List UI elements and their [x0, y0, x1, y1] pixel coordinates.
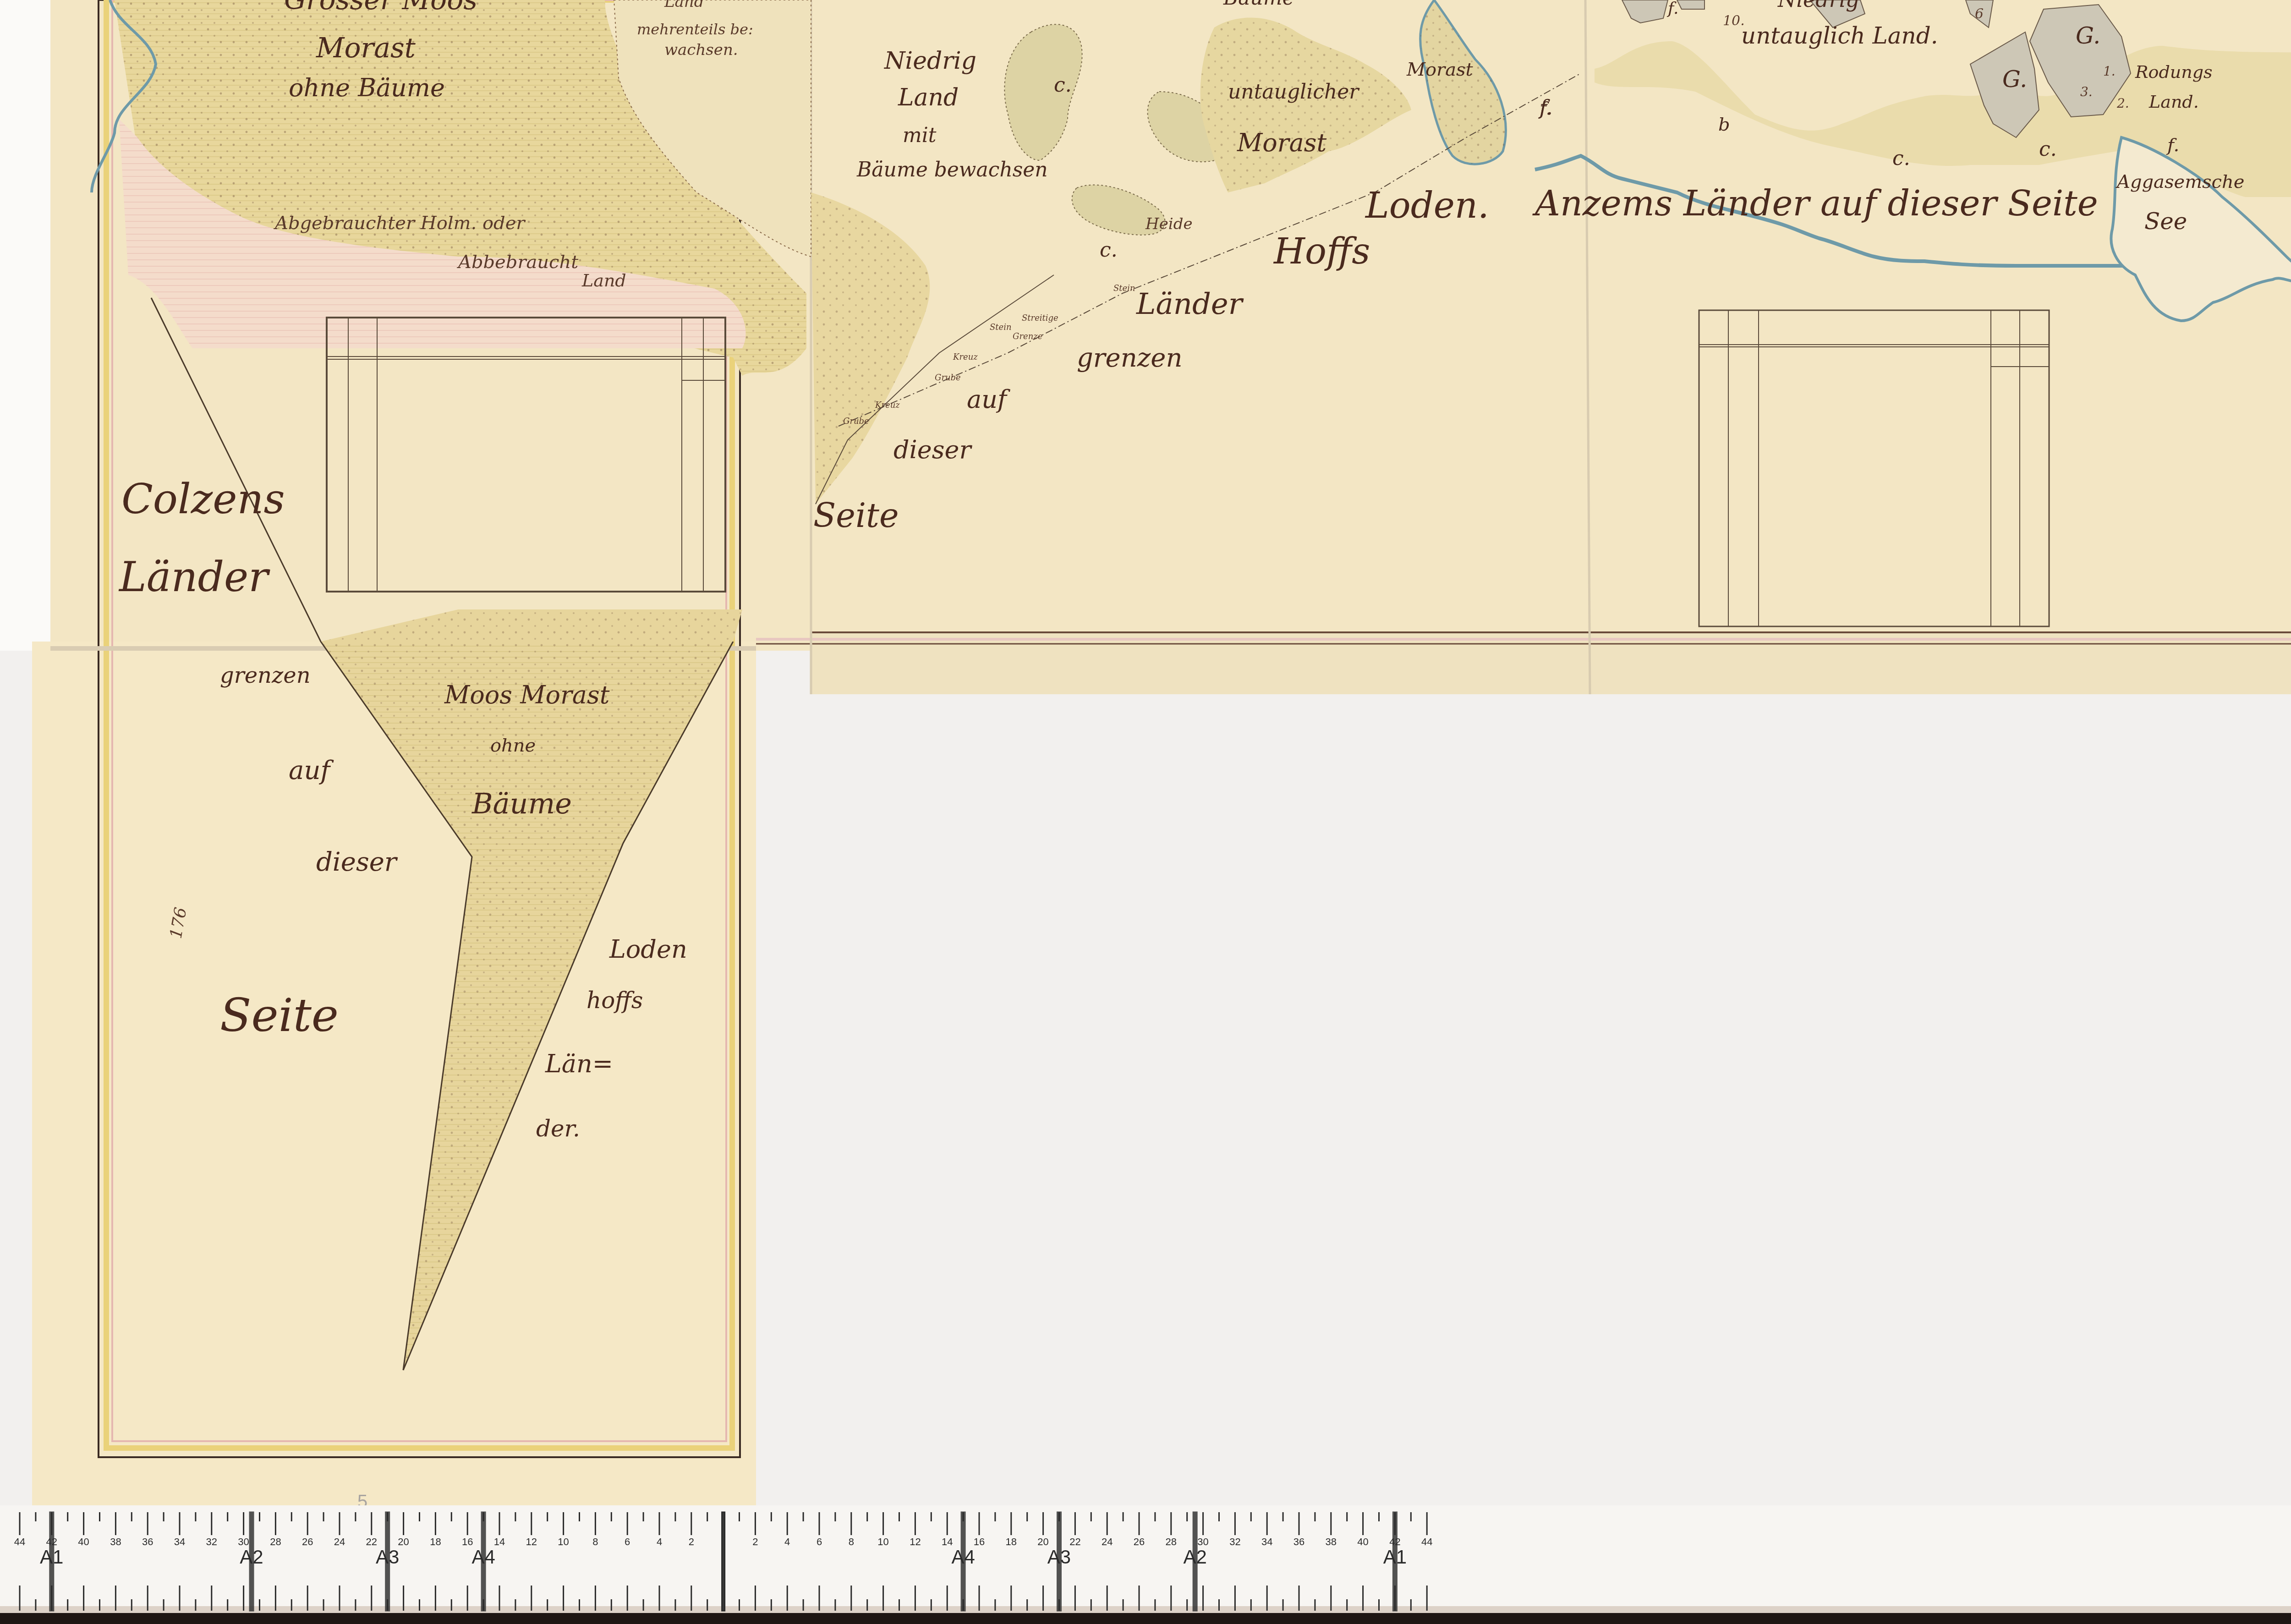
svg-text:32: 32 [1229, 1536, 1240, 1547]
svg-text:44: 44 [1421, 1536, 1432, 1547]
label-dieser-mid: dieser [893, 435, 972, 464]
svg-text:26: 26 [1134, 1536, 1145, 1547]
svg-text:34: 34 [1261, 1536, 1272, 1547]
svg-text:26: 26 [302, 1536, 313, 1547]
svg-text:14: 14 [494, 1536, 505, 1547]
label-lander-mid: Länder [1136, 287, 1244, 321]
svg-text:8: 8 [592, 1536, 598, 1547]
label-colzens-lander: Länder [118, 553, 270, 601]
label-grenzen-lower: grenzen [220, 663, 311, 688]
label-num-2: 2. [2116, 96, 2129, 111]
label-ohne-baume: ohne Bäume [289, 73, 445, 102]
label-dieser-lower: dieser [316, 847, 398, 877]
svg-text:A1: A1 [1383, 1546, 1407, 1568]
label-baume-top: Bäume [1223, 0, 1294, 10]
label-moos-morast-lower: Moos Morast [444, 680, 610, 709]
svg-text:40: 40 [1357, 1536, 1368, 1547]
label-abbebraucht: Abbebraucht [456, 252, 579, 273]
svg-text:6: 6 [625, 1536, 630, 1547]
label-g-2: G. [2002, 66, 2027, 93]
label-der-lower: der. [536, 1115, 580, 1142]
svg-text:Streitige: Streitige [1022, 313, 1058, 323]
label-c-1: c. [1054, 73, 1072, 97]
svg-text:28: 28 [270, 1536, 281, 1547]
label-b-mark: b [1718, 114, 1730, 135]
svg-text:36: 36 [142, 1536, 153, 1547]
svg-text:16: 16 [974, 1536, 985, 1547]
svg-text:12: 12 [910, 1536, 921, 1547]
label-c-2: c. [1100, 238, 1118, 262]
svg-text:32: 32 [206, 1536, 217, 1547]
svg-text:12: 12 [526, 1536, 537, 1547]
svg-text:A4: A4 [471, 1546, 495, 1568]
label-mehrenteils: mehrenteils be: [637, 21, 753, 38]
svg-text:2: 2 [689, 1536, 694, 1547]
svg-text:18: 18 [1006, 1536, 1017, 1547]
label-baume-lower: Bäume [471, 787, 572, 820]
label-loden-lower: Loden [609, 935, 687, 964]
label-morast-small: Morast [1406, 59, 1474, 80]
label-niedrig: Niedrig [883, 47, 976, 75]
label-grosser-moos: Grosser Moos [284, 0, 477, 16]
label-seite-mid: Seite [813, 496, 899, 535]
svg-text:4: 4 [784, 1536, 790, 1547]
svg-text:Stein: Stein [1113, 284, 1135, 293]
svg-text:Grube: Grube [935, 373, 961, 383]
svg-text:10: 10 [877, 1536, 888, 1547]
label-anzems-lander: Anzems Länder auf dieser Seite [1532, 183, 2098, 224]
label-untauglich-land: untauglich Land. [1741, 22, 1938, 49]
svg-text:A3: A3 [1047, 1546, 1071, 1568]
label-niedrig-land: Land [898, 84, 959, 111]
label-rodungs-land: Land. [2148, 92, 2199, 112]
label-hoffs-lower: hoffs [586, 987, 643, 1014]
label-num-3: 3. [2080, 84, 2093, 99]
label-c-b: c. [2039, 137, 2057, 161]
label-see: See [2144, 208, 2187, 235]
label-mit: mit [903, 124, 937, 147]
svg-text:2: 2 [752, 1536, 758, 1547]
svg-text:A1: A1 [40, 1546, 63, 1568]
label-auf-lower: auf [289, 756, 334, 785]
scanned-map: Grosser Moos Morast ohne Bäume Land mehr… [0, 0, 2291, 1624]
label-abbebraucht-land: Land [581, 270, 626, 291]
label-num-1: 1. [2103, 64, 2116, 79]
measurement-ruler: 4442403836343230282624222018161412108642… [0, 1505, 2291, 1624]
label-lan-lower: Län= [545, 1049, 613, 1078]
svg-text:Kreuz: Kreuz [875, 401, 900, 410]
label-f-top: f. [1666, 0, 1678, 18]
label-grenzen-mid: grenzen [1077, 343, 1183, 373]
label-loden: Loden. [1365, 185, 1489, 226]
label-morast: Morast [316, 32, 416, 64]
svg-text:A2: A2 [1183, 1546, 1206, 1568]
label-heide: Heide [1145, 215, 1193, 233]
svg-text:A3: A3 [376, 1546, 399, 1568]
svg-text:Grenze: Grenze [1013, 332, 1042, 341]
label-baume-bewachsen: Bäume bewachsen [856, 158, 1048, 181]
svg-text:A2: A2 [240, 1546, 263, 1568]
svg-text:20: 20 [398, 1536, 409, 1547]
svg-text:18: 18 [430, 1536, 441, 1547]
svg-text:38: 38 [1326, 1536, 1337, 1547]
label-c-a: c. [1892, 147, 1910, 170]
svg-text:8: 8 [849, 1536, 854, 1547]
svg-text:44: 44 [14, 1536, 25, 1547]
svg-text:34: 34 [174, 1536, 185, 1547]
label-g-1: G. [2076, 22, 2100, 49]
svg-text:4: 4 [657, 1536, 662, 1547]
label-colzens: Colzens [121, 475, 285, 523]
label-untauglicher: untauglicher [1228, 80, 1360, 104]
label-auf-mid: auf [967, 385, 1010, 414]
label-rodungs: Rodungs [2135, 62, 2213, 82]
svg-text:28: 28 [1166, 1536, 1177, 1547]
svg-text:24: 24 [1102, 1536, 1113, 1547]
label-f-right: f. [2166, 135, 2179, 156]
label-aggasem: Aggasemsche [2115, 171, 2244, 192]
label-num-10: 10. [1723, 13, 1745, 29]
label-land: Land [664, 0, 704, 11]
label-hoffs: Hoffs [1273, 231, 1370, 272]
svg-text:24: 24 [334, 1536, 345, 1547]
label-niedrig-right: Niedrig [1777, 0, 1859, 12]
label-ohne-lower: ohne [490, 735, 536, 756]
label-f-left: f. [1538, 98, 1551, 119]
svg-text:22: 22 [1069, 1536, 1080, 1547]
svg-text:38: 38 [110, 1536, 121, 1547]
svg-text:Kreuz: Kreuz [953, 352, 978, 362]
label-morast-mid: Morast [1237, 128, 1327, 157]
svg-text:10: 10 [558, 1536, 569, 1547]
label-num-6: 6 [1975, 6, 1984, 22]
svg-text:Grube: Grube [843, 417, 869, 426]
svg-text:40: 40 [78, 1536, 89, 1547]
label-wachsen: wachsen. [664, 41, 738, 59]
svg-text:Stein: Stein [990, 323, 1012, 332]
label-seite-lower: Seite [220, 988, 339, 1042]
svg-text:36: 36 [1293, 1536, 1304, 1547]
svg-text:A4: A4 [951, 1546, 975, 1568]
svg-text:6: 6 [817, 1536, 822, 1547]
label-abgebrauchter-holm: Abgebrauchter Holm. oder [273, 213, 526, 234]
